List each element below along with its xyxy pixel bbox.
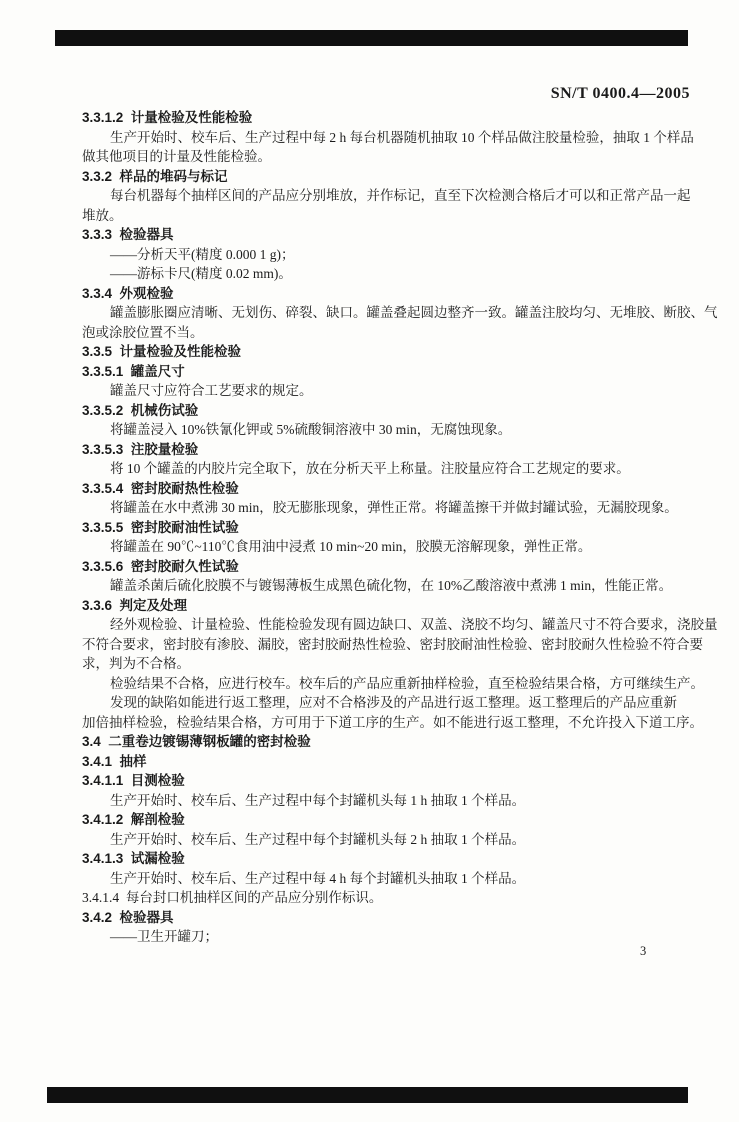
text-line: 堆放。: [82, 206, 694, 226]
section-heading: 3.4.2 检验器具: [82, 908, 694, 928]
text-line: 3.4.1.4 每台封口机抽样区间的产品应分别作标识。: [82, 888, 694, 908]
page-number: 3: [640, 944, 646, 959]
text-line: 检验结果不合格，应进行校车。校车后的产品应重新抽样检验，直至检验结果合格，方可继…: [82, 674, 694, 694]
section-heading: 3.4.1.1 目测检验: [82, 771, 694, 791]
section-heading: 3.3.5.4 密封胶耐热性检验: [82, 479, 694, 499]
content-lines: 3.3.1.2 计量检验及性能检验生产开始时、校车后、生产过程中每 2 h 每台…: [82, 108, 694, 947]
text-line: 生产开始时、校车后、生产过程中每 4 h 每个封罐机头抽取 1 个样品。: [82, 869, 694, 889]
scan-artifact-bottom-bar: [47, 1087, 688, 1103]
section-heading: 3.3.6 判定及处理: [82, 596, 694, 616]
text-line: 加倍抽样检验，检验结果合格，方可用于下道工序的生产。如不能进行返工整理，不允许投…: [82, 713, 694, 733]
text-line: ——卫生开罐刀；: [82, 927, 694, 947]
section-heading: 3.4.1.2 解剖检验: [82, 810, 694, 830]
text-line: 发现的缺陷如能进行返工整理，应对不合格涉及的产品进行返工整理。返工整理后的产品应…: [82, 693, 694, 713]
text-line: 将 10 个罐盖的内胶片完全取下，放在分析天平上称量。注胶量应符合工艺规定的要求…: [82, 459, 694, 479]
section-heading: 3.3.5.1 罐盖尺寸: [82, 362, 694, 382]
text-line: 罐盖膨胀圈应清晰、无划伤、碎裂、缺口。罐盖叠起圆边整齐一致。罐盖注胶均匀、无堆胶…: [82, 303, 694, 323]
standard-code: SN/T 0400.4—2005: [0, 85, 690, 103]
section-heading: 3.3.2 样品的堆码与标记: [82, 167, 694, 187]
section-heading: 3.4.1 抽样: [82, 752, 694, 772]
section-heading: 3.4.1.3 试漏检验: [82, 849, 694, 869]
section-heading: 3.3.5.6 密封胶耐久性试验: [82, 557, 694, 577]
text-line: 经外观检验、计量检验、性能检验发现有圆边缺口、双盖、浇胶不均匀、罐盖尺寸不符合要…: [82, 615, 694, 635]
text-line: 生产开始时、校车后、生产过程中每个封罐机头每 1 h 抽取 1 个样品。: [82, 791, 694, 811]
text-line: 泡或涂胶位置不当。: [82, 323, 694, 343]
text-line: ——分析天平(精度 0.000 1 g)；: [82, 245, 694, 265]
section-heading: 3.4 二重卷边镀锡薄钢板罐的密封检验: [82, 732, 694, 752]
text-line: ——游标卡尺(精度 0.02 mm)。: [82, 264, 694, 284]
text-line: 将罐盖浸入 10%铁氰化钾或 5%硫酸铜溶液中 30 min，无腐蚀现象。: [82, 420, 694, 440]
section-heading: 3.3.5 计量检验及性能检验: [82, 342, 694, 362]
section-heading: 3.3.5.3 注胶量检验: [82, 440, 694, 460]
text-line: 罐盖杀菌后硫化胶膜不与镀锡薄板生成黑色硫化物，在 10%乙酸溶液中煮沸 1 mi…: [82, 576, 694, 596]
text-line: 将罐盖在水中煮沸 30 min，胶无膨胀现象，弹性正常。将罐盖擦干并做封罐试验，…: [82, 498, 694, 518]
text-line: 求，判为不合格。: [82, 654, 694, 674]
text-line: 做其他项目的计量及性能检验。: [82, 147, 694, 167]
scan-artifact-top-bar: [55, 30, 688, 46]
text-line: 生产开始时、校车后、生产过程中每个封罐机头每 2 h 抽取 1 个样品。: [82, 830, 694, 850]
section-heading: 3.3.5.5 密封胶耐油性试验: [82, 518, 694, 538]
section-heading: 3.3.4 外观检验: [82, 284, 694, 304]
text-line: 罐盖尺寸应符合工艺要求的规定。: [82, 381, 694, 401]
text-line: 生产开始时、校车后、生产过程中每 2 h 每台机器随机抽取 10 个样品做注胶量…: [82, 128, 694, 148]
section-heading: 3.3.3 检验器具: [82, 225, 694, 245]
text-line: 不符合要求，密封胶有渗胶、漏胶，密封胶耐热性检验、密封胶耐油性检验、密封胶耐久性…: [82, 635, 694, 655]
text-line: 将罐盖在 90℃~110℃食用油中浸煮 10 min~20 min，胶膜无溶解现…: [82, 537, 694, 557]
section-heading: 3.3.1.2 计量检验及性能检验: [82, 108, 694, 128]
text-line: 每台机器每个抽样区间的产品应分别堆放，并作标记，直至下次检测合格后才可以和正常产…: [82, 186, 694, 206]
section-heading: 3.3.5.2 机械伤试验: [82, 401, 694, 421]
